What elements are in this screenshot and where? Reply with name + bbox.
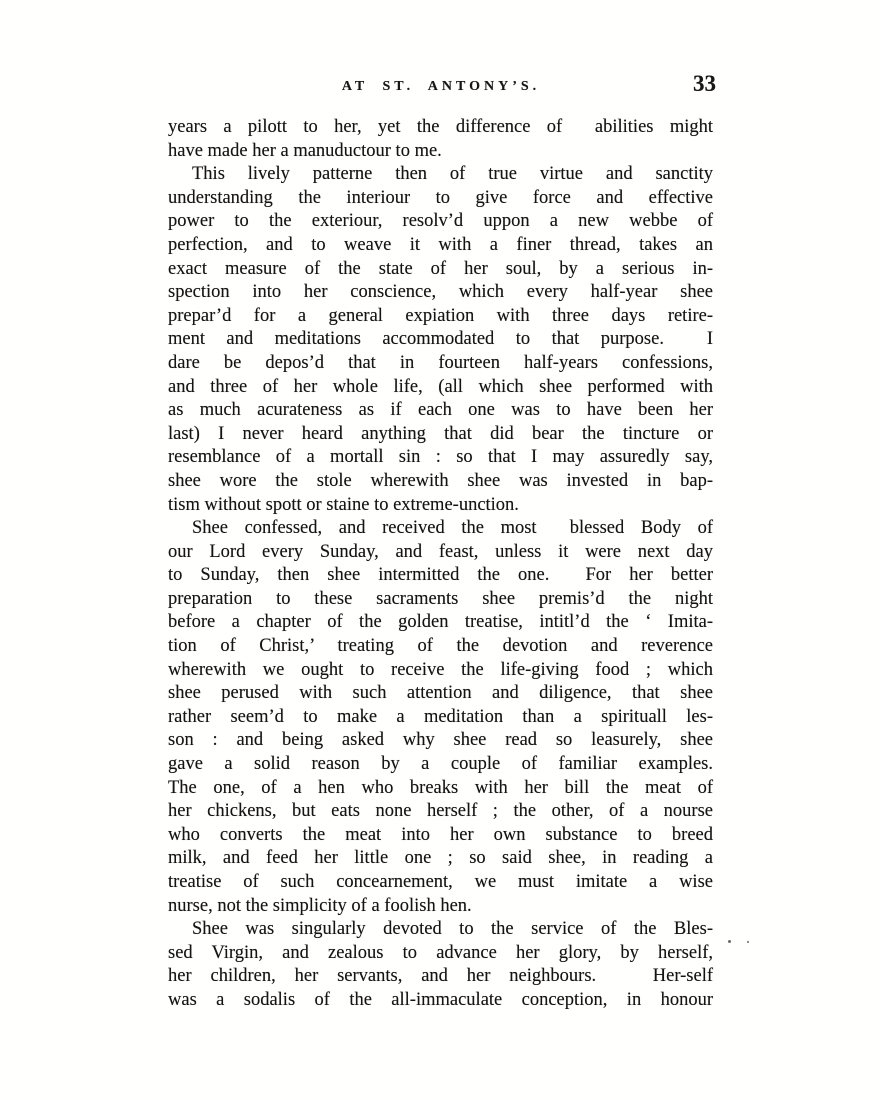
text-line: Shee confessed, and received the most bl… — [168, 517, 713, 541]
text-line: was a sodalis of the all-immaculate conc… — [168, 989, 713, 1013]
text-line: as much acurateness as if each one was t… — [168, 399, 713, 423]
text-line: sed Virgin, and zealous to advance her g… — [168, 942, 713, 966]
text-line: shee perused with such attention and dil… — [168, 682, 713, 706]
text-line: gave a solid reason by a couple of famil… — [168, 753, 713, 777]
paragraph: Shee confessed, and received the most bl… — [168, 517, 713, 918]
text-line: prepar’d for a general expiation with th… — [168, 305, 713, 329]
book-page: AT ST. ANTONY’S. 33 years a pilott to he… — [0, 0, 880, 1100]
text-line: This lively patterne then of true virtue… — [168, 163, 713, 187]
text-line: spection into her conscience, which ever… — [168, 281, 713, 305]
text-line: tism without spott or staine to extreme-… — [168, 494, 713, 518]
text-line: years a pilott to her, yet the differenc… — [168, 116, 713, 140]
text-line: understanding the interiour to give forc… — [168, 187, 713, 211]
text-line: treatise of such concearnement, we must … — [168, 871, 713, 895]
text-line: last) I never heard anything that did be… — [168, 423, 713, 447]
text-line: have made her a manuductour to me. — [168, 140, 713, 164]
running-title: AT ST. ANTONY’S. — [168, 74, 714, 100]
text-line: The one, of a hen who breaks with her bi… — [168, 777, 713, 801]
text-line: tion of Christ,’ treating of the devotio… — [168, 635, 713, 659]
text-line: her children, her servants, and her neig… — [168, 965, 713, 989]
text-line: milk, and feed her little one ; so said … — [168, 847, 713, 871]
scan-speck — [747, 941, 749, 943]
text-line: who converts the meat into her own subst… — [168, 824, 713, 848]
text-line: nurse, not the simplicity of a foolish h… — [168, 895, 713, 919]
paragraph: years a pilott to her, yet the differenc… — [168, 116, 713, 163]
paragraph: This lively patterne then of true virtue… — [168, 163, 713, 517]
text-line: exact measure of the state of her soul, … — [168, 258, 713, 282]
scan-speck — [728, 940, 731, 943]
text-line: resemblance of a mortall sin : so that I… — [168, 446, 713, 470]
text-line: son : and being asked why shee read so l… — [168, 729, 713, 753]
text-block: years a pilott to her, yet the differenc… — [168, 116, 713, 1013]
text-line: power to the exteriour, resolv’d uppon a… — [168, 210, 713, 234]
text-line: Shee was singularly devoted to the servi… — [168, 918, 713, 942]
text-line: our Lord every Sunday, and feast, unless… — [168, 541, 713, 565]
paragraph: Shee was singularly devoted to the servi… — [168, 918, 713, 1012]
page-number: 33 — [693, 71, 716, 97]
text-line: perfection, and to weave it with a finer… — [168, 234, 713, 258]
text-line: wherewith we ought to receive the life-g… — [168, 659, 713, 683]
text-line: shee wore the stole wherewith shee was i… — [168, 470, 713, 494]
text-line: dare be depos’d that in fourteen half-ye… — [168, 352, 713, 376]
text-line: rather seem’d to make a meditation than … — [168, 706, 713, 730]
text-line: ment and meditations accommodated to tha… — [168, 328, 713, 352]
text-line: and three of her whole life, (all which … — [168, 376, 713, 400]
running-head: AT ST. ANTONY’S. 33 — [168, 74, 714, 104]
text-line: preparation to these sacraments shee pre… — [168, 588, 713, 612]
text-line: to Sunday, then shee intermitted the one… — [168, 564, 713, 588]
text-line: her chickens, but eats none herself ; th… — [168, 800, 713, 824]
text-line: before a chapter of the golden treatise,… — [168, 611, 713, 635]
